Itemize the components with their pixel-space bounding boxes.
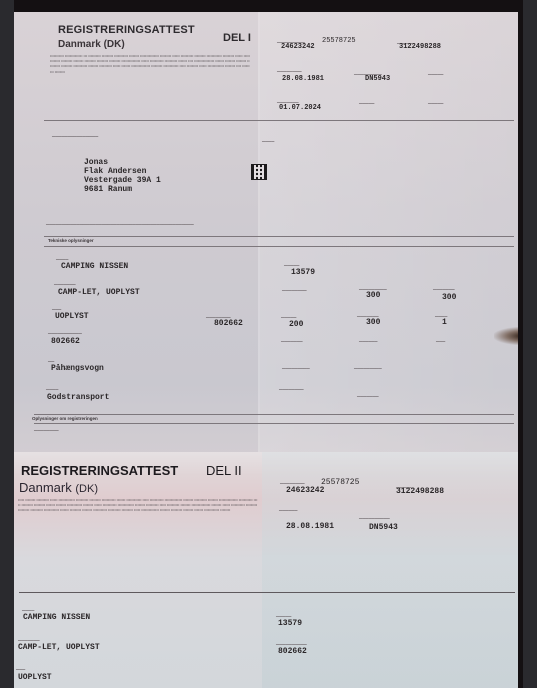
total-weight-label: ▁▁▁▁▁▁▁	[357, 312, 379, 317]
part2-registration-number: DN5943	[369, 523, 398, 532]
max-mass-2-label: ▁▁▁▁▁▁▁	[433, 285, 455, 290]
part2-commercial-name-label: ▁▁▁▁▁▁▁	[18, 636, 40, 641]
technical-section-label: Tekniske oplysninger	[48, 238, 94, 243]
part1-usage: Godstransport	[47, 393, 109, 402]
field-label: ▁▁▁	[436, 337, 445, 342]
divider	[44, 246, 514, 247]
holder-last-name: Flak Andersen	[84, 167, 146, 176]
holder-ownership-note: ▁▁▁▁▁▁▁▁▁▁▁▁▁▁▁▁▁▁▁▁▁▁▁▁▁▁▁▁▁▁▁▁▁▁▁▁▁▁▁▁…	[46, 220, 194, 225]
part2-first-registration-label: ▁▁▁▁▁▁	[279, 506, 297, 511]
part2-commercial-name: CAMP-LET, UOPLYST	[18, 643, 100, 652]
registration-info-label: Oplysninger om registreringen	[32, 416, 98, 421]
photo-frame-left	[0, 0, 14, 688]
part2-chassis-label: ▁▁▁▁▁	[276, 612, 291, 617]
part2-first-registration-date: 28.08.1981	[286, 522, 334, 531]
part1-axles: 1	[442, 318, 447, 327]
part2-title: REGISTRERINGSATTEST	[21, 463, 178, 478]
part2-code-del2: 3122498288	[396, 487, 444, 496]
divider	[19, 592, 515, 593]
part2-doc-number-a: 24623242	[286, 486, 324, 495]
part2-doc-number-b: 25578725	[321, 478, 359, 487]
part1-type: UOPLYST	[55, 312, 89, 321]
field-label: ▁▁▁▁▁	[428, 70, 443, 75]
part2-make-label: ▁▁▁▁	[22, 606, 34, 611]
part2-type-approval-label: ▁▁▁▁▁▁▁▁▁▁	[276, 640, 307, 645]
first-registration-label: ▁▁▁▁▁▁▁▁	[277, 67, 302, 72]
divider	[34, 423, 514, 424]
part2-type-approval-number: 802662	[278, 647, 307, 656]
part1-registration-number: DN5943	[365, 75, 390, 83]
chassis-label: ▁▁▁▁▁	[284, 261, 299, 266]
part2-country-name: Danmark	[19, 480, 72, 495]
part1-doc-number-b: 25578725	[322, 37, 356, 45]
part2-doc-number-label: ▁▁▁▁▁▁▁▁	[280, 479, 305, 484]
part2-type-label: ▁▁▁	[16, 665, 25, 670]
part2-country-code: (DK)	[75, 483, 98, 495]
issue-date-label: ▁▁▁▁▁▁▁	[277, 98, 299, 103]
datamatrix-code	[252, 165, 266, 179]
part2-country: Danmark (DK)	[19, 480, 98, 495]
part1-make: CAMPING NISSEN	[61, 262, 128, 271]
part2-registration-number-label: ▁▁▁▁▁▁▁▁▁▁	[359, 514, 390, 519]
commercial-name-label: ▁▁▁▁▁▁▁	[54, 280, 76, 285]
part1-first-registration-date: 28.08.1981	[282, 75, 324, 83]
part1-total-weight: 300	[366, 318, 380, 327]
vehicle-kind-label: ▁▁	[48, 357, 54, 362]
standing-label: ▁▁▁▁▁▁▁	[357, 392, 379, 397]
field-label: ▁▁▁▁▁▁▁▁▁	[354, 364, 382, 369]
field-label: ▁▁▁▁	[262, 137, 274, 142]
field-label: ▁▁▁▁▁▁▁▁▁	[282, 364, 310, 369]
part1-country: Danmark (DK)	[58, 39, 125, 50]
part2-chassis-number: 13579	[278, 619, 302, 628]
part1-commercial-name: CAMP-LET, UOPLYST	[58, 288, 140, 297]
part1-type-approval-number: 802662	[214, 319, 243, 328]
field-label: ▁▁▁▁▁▁▁	[281, 337, 303, 342]
part1-vehicle-kind: Påhængsvogn	[51, 364, 104, 373]
divider	[34, 414, 514, 415]
part1-max-mass-2: 300	[442, 293, 456, 302]
axles-label: ▁▁▁▁	[435, 312, 447, 317]
holder-street: Vestergade 39A 1	[84, 176, 161, 185]
field-label: ▁▁▁▁▁	[359, 99, 374, 104]
part1-label: DEL I	[223, 32, 251, 44]
holder-section-label: ▁▁▁▁▁▁▁▁▁▁▁▁▁▁▁	[52, 132, 98, 137]
holder-city: 9681 Ranum	[84, 185, 132, 194]
holder-first-name: Jonas	[84, 158, 108, 167]
usage-label: ▁▁▁▁	[46, 385, 58, 390]
mass-label: ▁▁▁▁▁▁▁▁	[282, 286, 307, 291]
type-approval-label: ▁▁▁▁▁▁▁▁	[206, 313, 231, 318]
registration-certificate-document: REGISTRERINGSATTEST DEL I Danmark (DK) •…	[14, 12, 518, 688]
field-label: ▁▁▁▁▁▁	[359, 337, 377, 342]
part2-label: DEL II	[206, 463, 242, 478]
part2-make: CAMPING NISSEN	[23, 613, 90, 622]
part2-multilingual-legend: ••••• •••••••• •••••••••• •••••• •••••••…	[18, 498, 258, 514]
part1-doc-number-a: 24623242	[281, 43, 315, 51]
part1-chassis-number: 13579	[291, 268, 315, 277]
divider	[44, 236, 514, 237]
field-label: ▁▁▁▁▁	[428, 99, 443, 104]
variant-label: ▁▁▁▁▁▁▁▁▁▁▁	[48, 329, 82, 334]
part2-type: UOPLYST	[18, 673, 52, 682]
seats-label: ▁▁▁▁▁▁▁▁	[279, 385, 304, 390]
photo-frame-right	[523, 0, 537, 688]
make-label: ▁▁▁▁	[56, 255, 68, 260]
part1-max-mass-1: 300	[366, 291, 380, 300]
type-label: ▁▁▁	[52, 305, 61, 310]
part1-code-del2: 3122498288	[399, 43, 441, 51]
burn-mark	[494, 327, 518, 345]
own-weight-label: ▁▁▁▁▁	[281, 313, 296, 318]
part1-own-weight: 200	[289, 320, 303, 329]
part1-multilingual-legend: ••••••••••• •••••••••••••• ••• •••••••••…	[50, 54, 250, 75]
max-mass-1-label: ▁▁▁▁▁▁▁▁▁	[359, 285, 387, 290]
part1-variant-code: 802662	[51, 337, 80, 346]
part1-issue-date: 01.07.2024	[279, 104, 321, 112]
part1-title: REGISTRERINGSATTEST	[58, 24, 195, 36]
divider	[44, 120, 514, 121]
field-label: ▁▁▁▁▁▁▁▁	[34, 426, 59, 431]
